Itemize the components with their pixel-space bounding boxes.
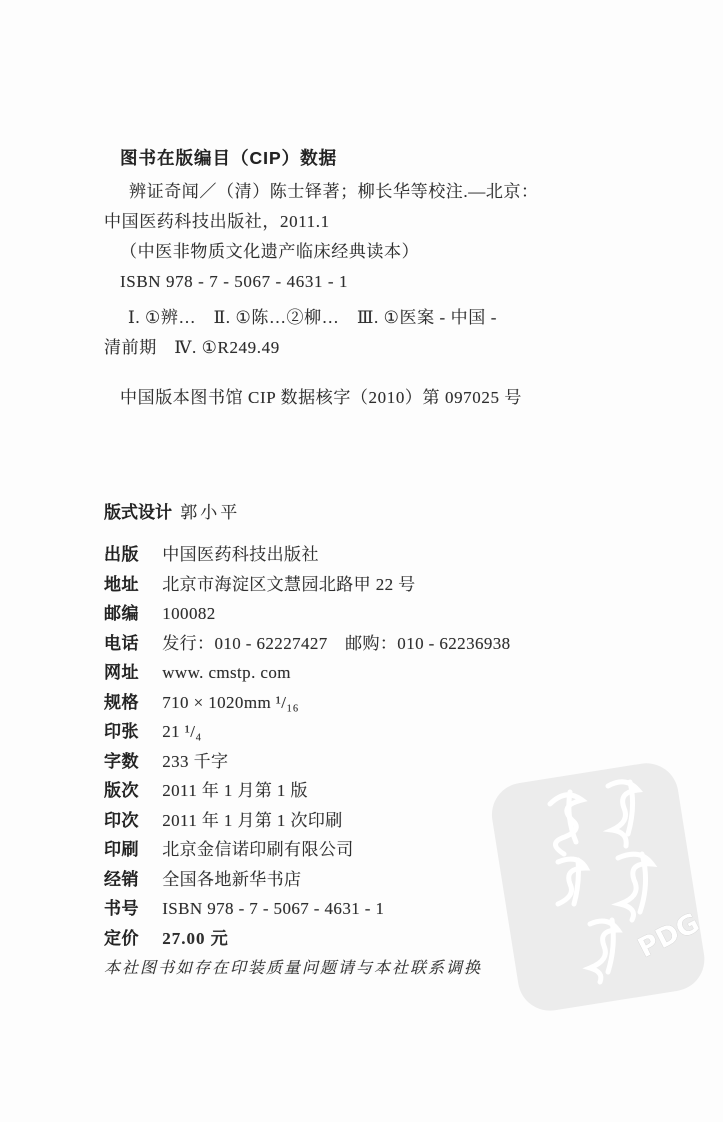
cip-publisher-line: 中国医药科技出版社，2011.1	[104, 207, 669, 237]
colophon-row-website: 网址 www. cmstp. com	[104, 658, 684, 688]
colophon-row-printer: 印刷 北京金信诺印刷有限公司	[104, 835, 684, 865]
row-label: 印张	[104, 717, 158, 747]
cip-data-block: 图书在版编目（CIP）数据 辨证奇闻／（清）陈士铎著；柳长华等校注.—北京： 中…	[104, 146, 669, 413]
row-label: 经销	[104, 865, 158, 895]
row-label: 邮编	[104, 599, 158, 629]
colophon-table: 出版 中国医药科技出版社 地址 北京市海淀区文慧园北路甲 22 号 邮编 100…	[104, 540, 684, 953]
colophon-row-format: 规格 710 × 1020mm ¹/₁₆	[104, 688, 684, 718]
row-label: 电话	[104, 629, 158, 659]
row-value: 2011 年 1 月第 1 次印刷	[162, 811, 342, 830]
cip-header: 图书在版编目（CIP）数据	[104, 146, 669, 170]
row-label: 印刷	[104, 835, 158, 865]
row-label: 出版	[104, 540, 158, 570]
design-credit-value: 郭小平	[180, 503, 240, 522]
row-label: 规格	[104, 688, 158, 718]
row-value: 发行：010 - 62227427 邮购：010 - 62236938	[162, 634, 510, 653]
row-label: 印次	[104, 806, 158, 836]
row-value: www. cmstp. com	[162, 663, 291, 682]
row-value: 100082	[162, 604, 215, 623]
cip-registry-line: 中国版本图书馆 CIP 数据核字（2010）第 097025 号	[104, 383, 669, 413]
row-value: 21 ¹/₄	[162, 722, 201, 741]
colophon-row-wordcount: 字数 233 千字	[104, 747, 684, 777]
colophon-row-sheets: 印张 21 ¹/₄	[104, 717, 684, 747]
quality-exchange-note: 本社图书如存在印装质量问题请与本社联系调换	[104, 956, 482, 982]
row-label: 定价	[104, 924, 158, 954]
colophon-row-price: 定价 27.00 元	[104, 924, 684, 954]
book-copyright-page: 图书在版编目（CIP）数据 辨证奇闻／（清）陈士铎著；柳长华等校注.—北京： 中…	[0, 0, 723, 1122]
colophon-row-phone: 电话 发行：010 - 62227427 邮购：010 - 62236938	[104, 629, 684, 659]
row-value: 233 千字	[162, 752, 228, 771]
colophon-row-edition: 版次 2011 年 1 月第 1 版	[104, 776, 684, 806]
row-value: 北京金信诺印刷有限公司	[162, 840, 353, 859]
cip-title-line: 辨证奇闻／（清）陈士铎著；柳长华等校注.—北京：	[104, 177, 669, 207]
colophon-row-postcode: 邮编 100082	[104, 599, 684, 629]
row-label: 地址	[104, 570, 158, 600]
row-value: 北京市海淀区文慧园北路甲 22 号	[162, 575, 415, 594]
row-label: 字数	[104, 747, 158, 777]
colophon-row-publisher: 出版 中国医药科技出版社	[104, 540, 684, 570]
row-value: 27.00 元	[162, 929, 229, 948]
cip-classification-line-2: 清前期 Ⅳ. ①R249.49	[104, 333, 669, 363]
row-value: 2011 年 1 月第 1 版	[162, 781, 308, 800]
colophon-row-address: 地址 北京市海淀区文慧园北路甲 22 号	[104, 570, 684, 600]
row-value: ISBN 978 - 7 - 5067 - 4631 - 1	[162, 899, 384, 918]
cip-isbn-line: ISBN 978 - 7 - 5067 - 4631 - 1	[104, 267, 669, 297]
design-credit-label: 版式设计	[104, 498, 176, 528]
design-credit-row: 版式设计 郭小平	[104, 498, 240, 528]
cip-classification-line-1: Ⅰ. ①辨… Ⅱ. ①陈…②柳… Ⅲ. ①医案 - 中国 -	[104, 303, 669, 333]
row-label: 网址	[104, 658, 158, 688]
colophon-row-isbn: 书号 ISBN 978 - 7 - 5067 - 4631 - 1	[104, 894, 684, 924]
cip-series-line: （中医非物质文化遗产临床经典读本）	[104, 237, 669, 267]
row-value: 中国医药科技出版社	[162, 545, 319, 564]
row-label: 书号	[104, 894, 158, 924]
row-value: 全国各地新华书店	[162, 870, 301, 889]
row-value: 710 × 1020mm ¹/₁₆	[162, 693, 299, 712]
row-label: 版次	[104, 776, 158, 806]
colophon-row-distributor: 经销 全国各地新华书店	[104, 865, 684, 895]
colophon-row-printing: 印次 2011 年 1 月第 1 次印刷	[104, 806, 684, 836]
